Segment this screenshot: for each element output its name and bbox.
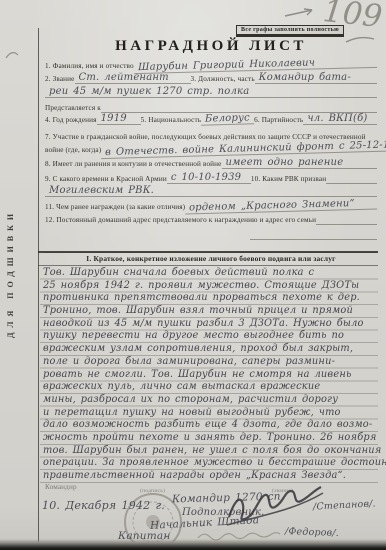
field-army-since-value: с 10-10-1939 (167, 172, 251, 184)
field-army-service-row: 9. С какого времени в Красной Армии с 10… (45, 172, 377, 184)
citation-line: Тов. Шарубин сначала боевых действий пол… (40, 267, 378, 280)
citation-line: наводкой из 45 м/м пушки разбил 3 ДЗОТа.… (40, 318, 378, 331)
field-birthyear-label: 4. Год рождения (45, 116, 97, 125)
citation-line: операции. За проявленное мужество и бесс… (40, 457, 378, 470)
citation-line: вражеских пуль, лично сам вытаскал враже… (40, 381, 378, 394)
field-name-label: 1. Фамилия, имя и отчество (45, 62, 134, 71)
citation-line: жность пройти пехоте и занять дер. Трони… (40, 432, 378, 445)
section1-heading: I. Краткое, конкретное изложение личного… (45, 254, 377, 263)
field-party-value: чл. ВКП(б) (303, 113, 377, 125)
field-war-participation-value-row: войне (где, когда) в Отечеств. войне Кал… (45, 143, 377, 155)
field-nationality-value: Белорус (201, 112, 254, 125)
field-name-row: 1. Фамилия, имя и отчество Шарубин Григо… (45, 59, 377, 71)
citation-line: Тронино, тов. Шарубин взял точный прицел… (40, 305, 378, 318)
field-wounds-row: 8. Имеет ли ранения и контузии в отечест… (45, 157, 377, 169)
field-birth-nation-party-row: 4. Год рождения 1919 5. Национальность Б… (45, 113, 377, 125)
scan-bottom-edge (0, 539, 386, 550)
citation-line: правительственной награды орден „Красная… (40, 470, 378, 483)
citation-line: 25 ноября 1942 г. проявил мужество. Стоя… (40, 280, 378, 293)
field-drafted-by-value: Могилевским РВК. (45, 185, 158, 197)
field-nationality-label: 5. Национальность (141, 116, 202, 125)
presented-for-row: Представляется к (45, 101, 377, 113)
award-sheet-document: 109 Все графы заполнять полностью ДЛЯ ПО… (0, 0, 386, 550)
field-home-address-row: 12. Постоянный домашний адрес представля… (45, 213, 377, 225)
citation-line: и перетащил пушку на новый выгодный рубе… (40, 407, 378, 420)
field-army-since-label: 9. С какого времени в Красной Армии (45, 175, 167, 184)
citation-line: поле и дорога была заминирована, саперы … (40, 356, 378, 369)
citation-line: тов. Шарубин был ранен, не ушел с поля б… (40, 445, 378, 458)
field-war-where-when-label: войне (где, когда) (45, 146, 101, 155)
citation-line: мины, разбросал их по сторонам, расчисти… (40, 394, 378, 407)
document-title: НАГРАДНОЙ ЛИСТ (45, 38, 377, 55)
printed-commander-word: Командир (45, 483, 77, 491)
presented-for-label: Представляется к (45, 104, 101, 113)
blank-line (158, 195, 377, 197)
field-birthyear-value: 1919 (97, 113, 141, 125)
field-prior-awards-value: орденом „Красного Знамени“ (185, 197, 377, 214)
citation-line: пушку перевести на другое место выгоднее… (40, 330, 378, 343)
date-handwritten: 10. Декабря 1942 г. (42, 499, 165, 512)
field-prior-awards-label: 11. Чем ранее награжден (за какие отличи… (45, 203, 185, 212)
blank-line (316, 223, 377, 225)
field-rank-position-row: 2. Звание Ст. лейтенант 3. Должность, ча… (45, 72, 377, 84)
blank-line (250, 238, 377, 240)
blank-address-line-row (250, 228, 377, 240)
field-position-label: 3. Должность, часть (191, 75, 255, 84)
citation-line: вражеским узлам сопротивления, проход бы… (40, 343, 378, 356)
chief-of-staff-surname: /Федоров/. (285, 526, 339, 539)
field-prior-awards-row: 11. Чем ранее награжден (за какие отличи… (45, 200, 377, 212)
citation-text-block: Тов. Шарубин сначала боевых действий пол… (40, 267, 378, 484)
field-position-value: Командир бата- (255, 72, 377, 84)
citation-line: ровать не смогли. Тов. Шарубин не смотря… (40, 369, 378, 382)
field-rank-label: 2. Звание (45, 75, 75, 84)
field-drafted-by-value-row: Могилевским РВК. (45, 185, 377, 197)
blank-line (326, 182, 377, 184)
field-home-address-label: 12. Постоянный домашний адрес представля… (45, 216, 316, 225)
field-drafted-by-label: 10. Каким РВК призван (251, 175, 326, 184)
citation-line: дало возможность разбить еще 4 дзота, гд… (40, 419, 378, 432)
pencil-check-mark (4, 48, 20, 62)
field-party-label: 6. Партийность (254, 116, 303, 125)
section-divider-rule (38, 251, 378, 253)
blank-line (253, 96, 377, 98)
fill-all-fields-note: Все графы заполнять полностью (236, 25, 344, 37)
left-margin-rule (38, 28, 39, 542)
pencil-arrow-mark (283, 5, 323, 19)
commander-surname: /Степанов/. (313, 498, 376, 512)
citation-line: противника препятствовали прорваться пех… (40, 292, 378, 305)
field-rank-value: Ст. лейтенант (75, 72, 191, 84)
field-position-continuation-row: реи 45 м/м пушек 1270 стр. полка (45, 86, 377, 98)
section-heading-underline (38, 265, 378, 266)
field-wounds-label: 8. Имеет ли ранения и контузии в отечест… (45, 160, 222, 169)
field-wounds-value: имеет одно ранение (222, 157, 377, 169)
field-position-value-continued: реи 45 м/м пушек 1270 стр. полка (45, 86, 253, 98)
filing-margin-note: ДЛЯ ПОДШИВКИ (6, 128, 20, 338)
